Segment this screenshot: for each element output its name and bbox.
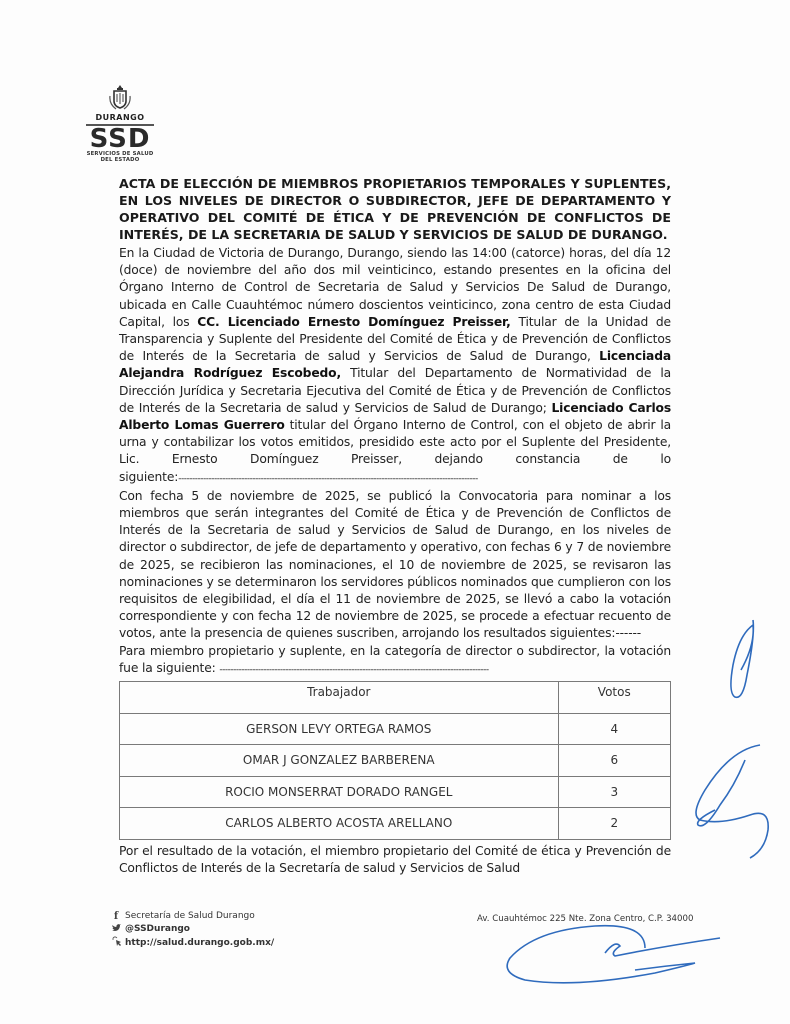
vote-count: 4 — [558, 713, 670, 745]
intro-paragraph: En la Ciudad de Victoria de Durango, Dur… — [119, 245, 671, 488]
durango-coat-of-arms-icon — [107, 84, 133, 112]
vote-count: 2 — [558, 808, 670, 840]
footer-web: http://salud.durango.gob.mx/ — [112, 936, 274, 950]
signature-1 — [725, 615, 765, 725]
table-row: OMAR J GONZALEZ BARBERENA 6 — [120, 745, 671, 777]
process-paragraph: Con fecha 5 de noviembre de 2025, se pub… — [119, 488, 671, 643]
dash-filler: ----------------------------------------… — [219, 665, 488, 675]
header-trabajador: Trabajador — [120, 682, 559, 714]
facebook-label: Secretaría de Salud Durango — [125, 910, 255, 923]
logo-acronym: SSD — [80, 127, 160, 151]
header-votos: Votos — [558, 682, 670, 714]
participant-name-1: CC. Licenciado Ernesto Domínguez Preisse… — [197, 315, 510, 329]
footer-contacts: f Secretaría de Salud Durango @SSDurango… — [112, 910, 274, 950]
worker-name: OMAR J GONZALEZ BARBERENA — [120, 745, 559, 777]
web-link[interactable]: http://salud.durango.gob.mx/ — [125, 937, 274, 950]
ssd-logo: DURANGO SSD SERVICIOS DE SALUD DEL ESTAD… — [80, 84, 160, 163]
category-paragraph: Para miembro propietario y suplente, en … — [119, 643, 671, 679]
table-row: CARLOS ALBERTO ACOSTA ARELLANO 2 — [120, 808, 671, 840]
cursor-click-icon — [112, 936, 120, 950]
logo-state-name: DURANGO — [80, 113, 160, 122]
table-row: GERSON LEVY ORTEGA RAMOS 4 — [120, 713, 671, 745]
logo-subtitle-2: DEL ESTADO — [80, 157, 160, 163]
footer-facebook: f Secretaría de Salud Durango — [112, 910, 274, 923]
table-header-row: Trabajador Votos — [120, 682, 671, 714]
worker-name: CARLOS ALBERTO ACOSTA ARELLANO — [120, 808, 559, 840]
document-page: DURANGO SSD SERVICIOS DE SALUD DEL ESTAD… — [0, 0, 790, 1024]
footer-twitter: @SSDurango — [112, 923, 274, 936]
document-body: ACTA DE ELECCIÓN DE MIEMBROS PROPIETARIO… — [119, 175, 671, 877]
votes-table: Trabajador Votos GERSON LEVY ORTEGA RAMO… — [119, 681, 671, 840]
twitter-icon — [112, 923, 120, 936]
document-title: ACTA DE ELECCIÓN DE MIEMBROS PROPIETARIO… — [119, 175, 671, 243]
signature-2 — [690, 740, 790, 860]
table-row: ROCIO MONSERRAT DORADO RANGEL 3 — [120, 776, 671, 808]
worker-name: GERSON LEVY ORTEGA RAMOS — [120, 713, 559, 745]
facebook-icon: f — [112, 910, 120, 923]
signature-3 — [495, 918, 725, 993]
worker-name: ROCIO MONSERRAT DORADO RANGEL — [120, 776, 559, 808]
vote-count: 3 — [558, 776, 670, 808]
vote-count: 6 — [558, 745, 670, 777]
dash-filler: ----------------------------------------… — [178, 474, 477, 484]
twitter-label: @SSDurango — [125, 923, 190, 936]
conclusion-paragraph: Por el resultado de la votación, el miem… — [119, 843, 671, 877]
